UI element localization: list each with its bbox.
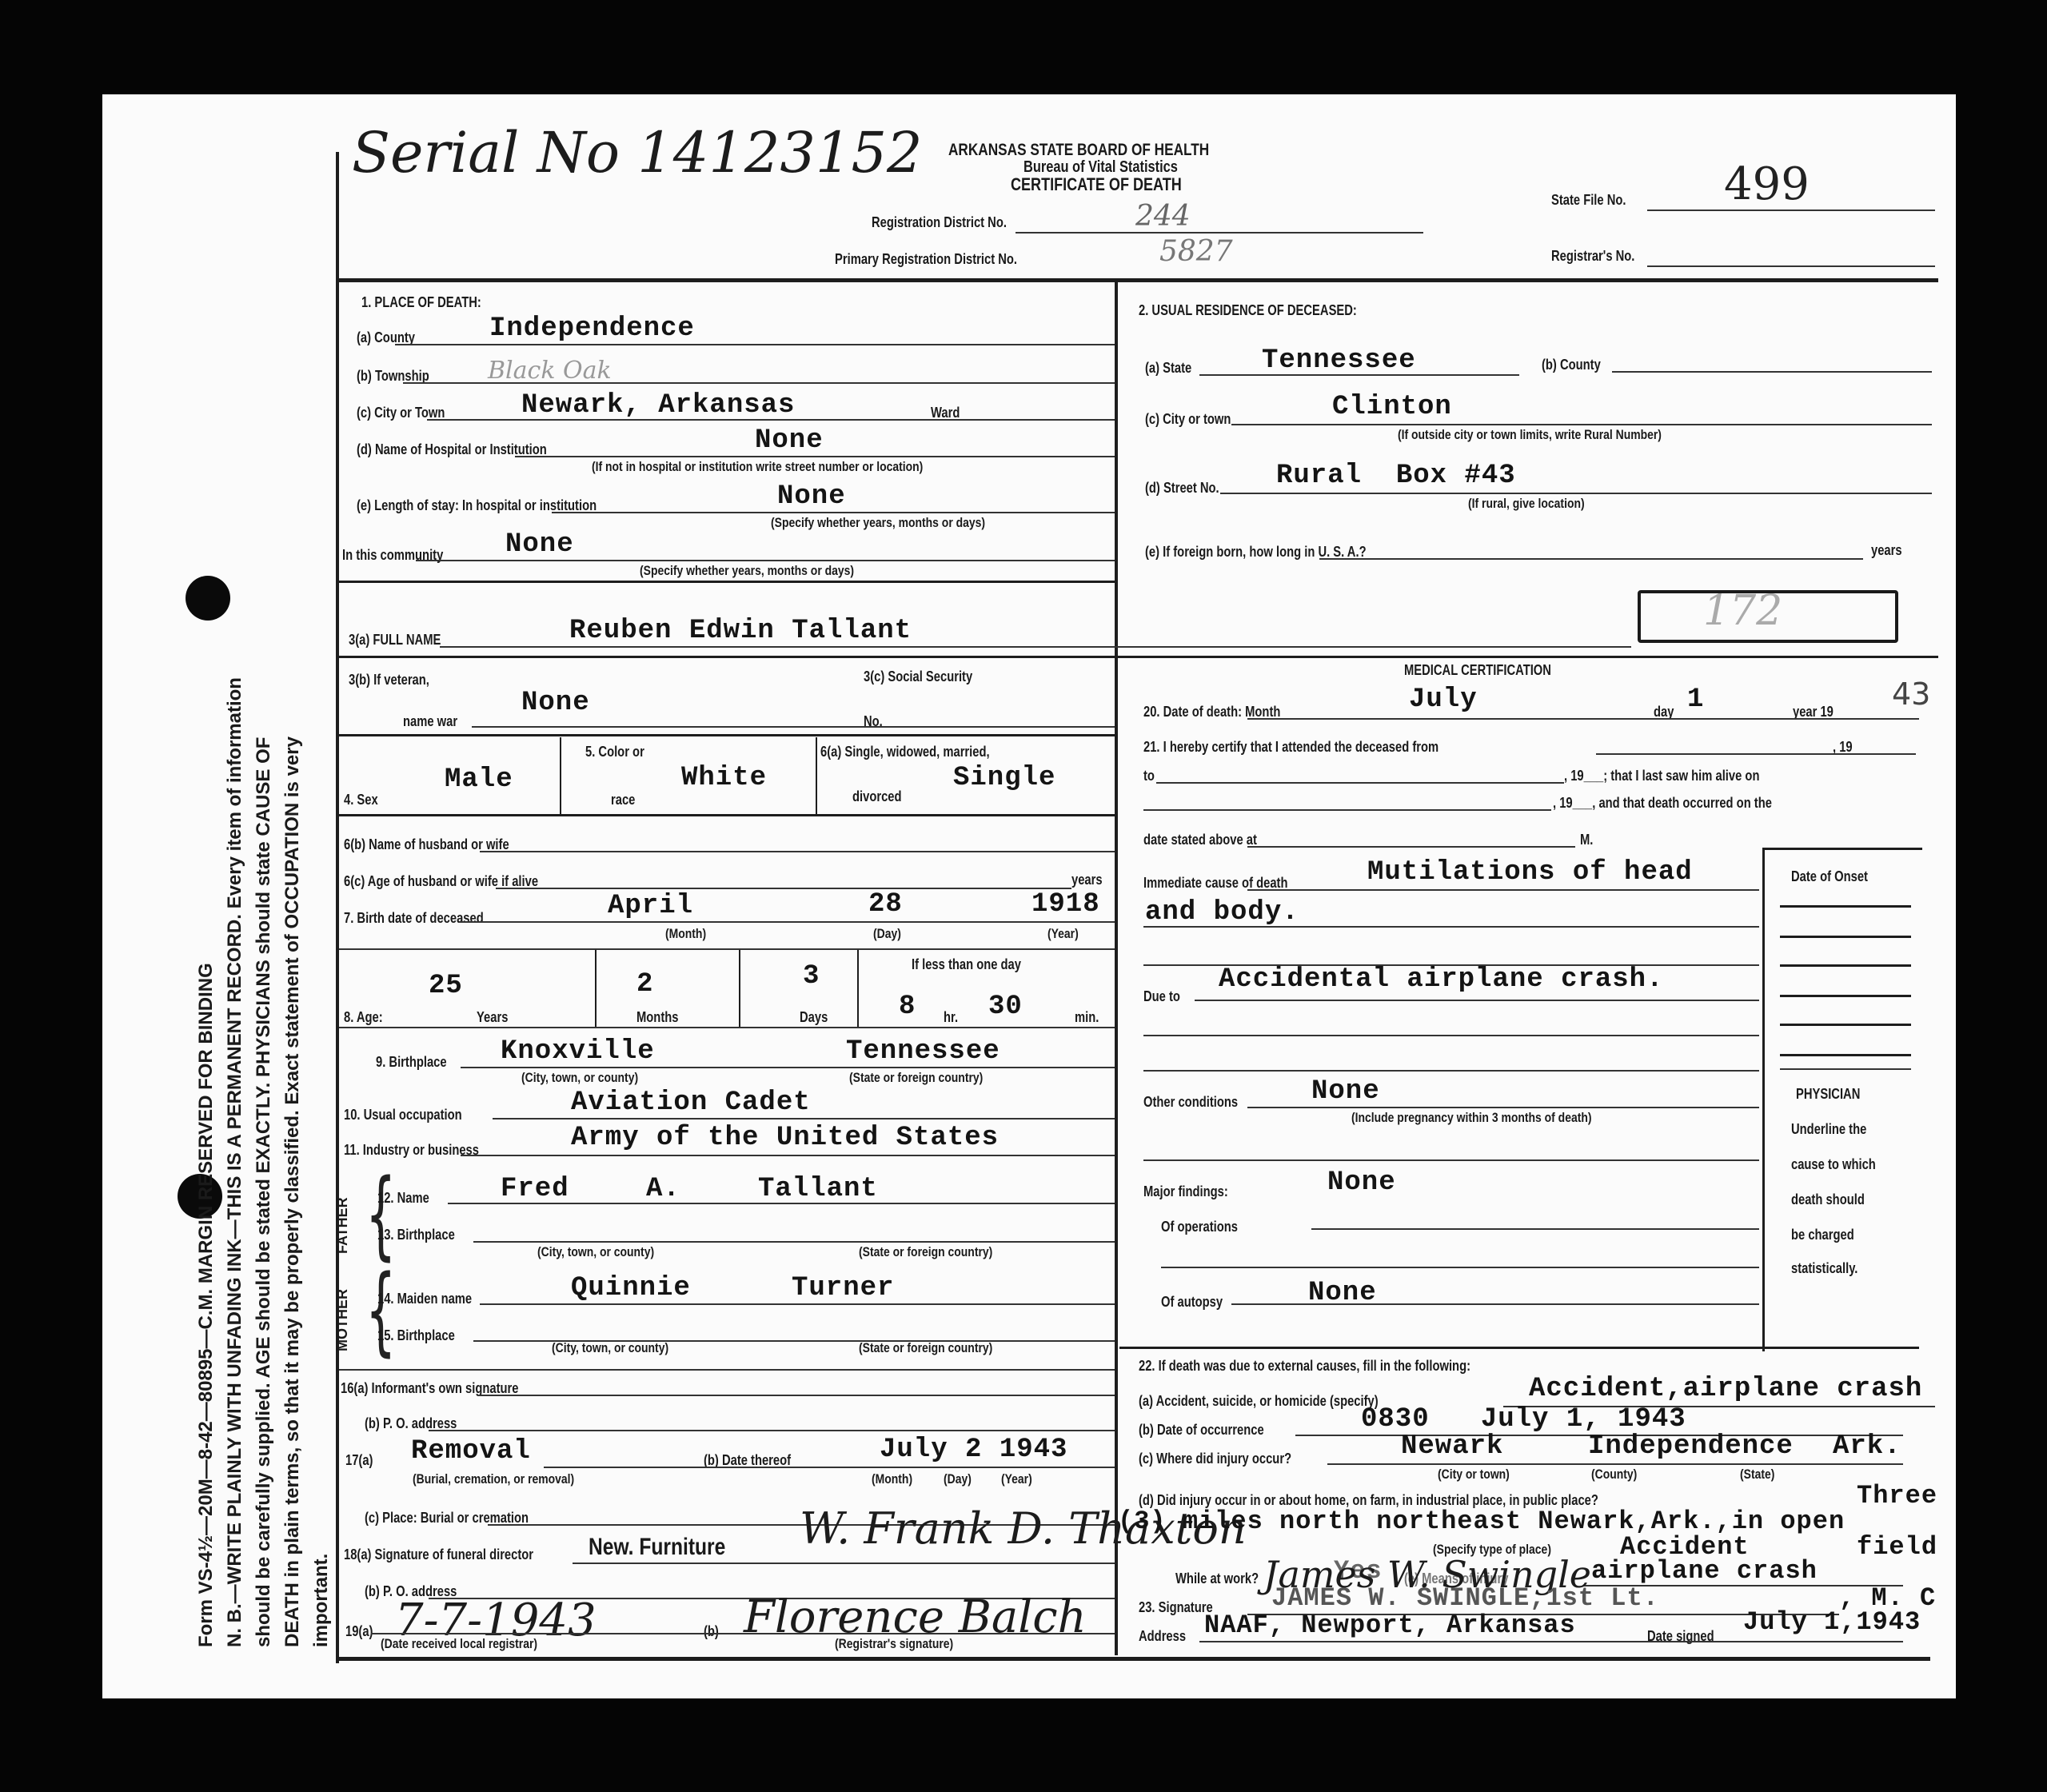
state-file-label: State File No.	[1551, 192, 1626, 209]
death-year: 43	[1892, 676, 1930, 712]
birth-day-note: (Day)	[873, 926, 901, 942]
medical-heading: MEDICAL CERTIFICATION	[1404, 662, 1551, 679]
other-conditions: None	[1311, 1076, 1380, 1107]
registrar-date-label: 19(a)	[345, 1623, 373, 1640]
registration-district-label: Registration District No.	[872, 214, 1007, 231]
father-city-note: (City, town, or county)	[537, 1244, 654, 1260]
due-to: Accidental airplane crash.	[1219, 964, 1664, 995]
primary-registration-value: 5827	[1159, 235, 1233, 268]
stay-community: None	[505, 529, 574, 560]
residence-county-label: (b) County	[1542, 357, 1601, 373]
major-findings: None	[1327, 1167, 1396, 1198]
physician-note-1: Underline the	[1791, 1121, 1866, 1138]
marital-label: 6(a) Single, widowed, married,	[820, 744, 990, 760]
residence-state: Tennessee	[1262, 345, 1416, 376]
certificate-title: CERTIFICATE OF DEATH	[1011, 174, 1182, 195]
certify-line-4: date stated above at	[1143, 832, 1257, 848]
birthplace-label: 9. Birthplace	[376, 1054, 447, 1071]
occupation-label: 10. Usual occupation	[344, 1107, 462, 1123]
funeral-firm: New. Furniture	[589, 1534, 725, 1561]
injury-place-3: field	[1857, 1532, 1937, 1562]
birth-year-note: (Year)	[1047, 926, 1079, 942]
place-of-death-heading: 1. PLACE OF DEATH:	[361, 294, 481, 311]
injury-city-note: (City or town)	[1438, 1467, 1510, 1483]
father-middle: A.	[646, 1174, 680, 1204]
major-findings-label: Major findings:	[1143, 1183, 1228, 1200]
marital-value: Single	[953, 763, 1055, 793]
residence-heading: 2. USUAL RESIDENCE OF DECEASED:	[1139, 302, 1357, 319]
registration-district-value: 244	[1135, 200, 1191, 233]
onset-column-divider	[1762, 848, 1765, 1351]
age-hours-label: hr.	[944, 1009, 958, 1026]
age-days: 3	[803, 961, 820, 992]
age-label: 8. Age:	[344, 1009, 383, 1026]
less-than-day-label: If less than one day	[912, 956, 1021, 973]
margin-line-3: should be carefully supplied. AGE should…	[253, 737, 275, 1647]
birthplace-city-note: (City, town, or county)	[521, 1070, 638, 1086]
means-of-injury: airplane crash	[1591, 1556, 1818, 1586]
section-rule-1	[339, 581, 1115, 583]
onset-label: Date of Onset	[1791, 868, 1868, 885]
residence-state-label: (a) State	[1145, 360, 1191, 377]
birth-day: 28	[868, 889, 903, 920]
mother-name-label: 14. Maiden name	[377, 1291, 472, 1307]
disposition-method-note: (Burial, cremation, or removal)	[413, 1471, 574, 1487]
veteran-label-war: name war	[403, 713, 457, 730]
veteran-value: None	[521, 688, 590, 718]
signature-typed: JAMES W. SWINGLE,1st Lt.	[1271, 1583, 1659, 1613]
state-file-value: 499	[1724, 158, 1810, 210]
father-birthplace-label: 13. Birthplace	[377, 1227, 455, 1243]
margin-line-4: DEATH in plain terms, so that it may be …	[281, 736, 304, 1647]
age-days-label: Days	[800, 1009, 828, 1026]
mother-birthplace-label: 15. Birthplace	[377, 1327, 455, 1344]
physician-address: NAAF, Newport, Arkansas	[1204, 1610, 1576, 1640]
sex-label: 4. Sex	[344, 792, 378, 808]
disposition-month-note: (Month)	[872, 1471, 912, 1487]
occurrence-date: 0830 July 1, 1943	[1361, 1404, 1686, 1435]
hospital-note: (If not in hospital or institution write…	[592, 459, 923, 475]
disposition-label: 17(a)	[345, 1452, 373, 1469]
age-minutes: 30	[988, 992, 1023, 1022]
other-conditions-note: (Include pregnancy within 3 months of de…	[1351, 1110, 1592, 1126]
registrar-no-label: Registrar's No.	[1551, 248, 1634, 265]
death-city: Newark, Arkansas	[521, 390, 795, 421]
immediate-cause-2: and body.	[1145, 897, 1299, 928]
father-state-note: (State or foreign country)	[859, 1244, 992, 1260]
residence-city-label: (c) City or town	[1145, 411, 1231, 428]
form-left-border	[336, 152, 339, 1663]
age-hours: 8	[899, 992, 916, 1022]
primary-registration-label: Primary Registration District No.	[835, 251, 1017, 268]
physician-heading: PHYSICIAN	[1796, 1086, 1860, 1103]
age-years: 25	[429, 971, 463, 1001]
birth-date-label: 7. Birth date of deceased	[344, 910, 484, 927]
registrar-signature-label: (b)	[704, 1623, 719, 1640]
injury-location-label: (c) Where did injury occur?	[1139, 1451, 1291, 1467]
father-last: Tallant	[758, 1174, 878, 1204]
mother-last: Turner	[792, 1273, 894, 1303]
race-value: White	[681, 763, 767, 793]
mother-first: Quinnie	[571, 1273, 691, 1303]
father-side-label: FATHER	[334, 1197, 351, 1254]
race-label: 5. Color or	[585, 744, 644, 760]
age-years-label: Years	[477, 1009, 508, 1026]
birth-month: April	[608, 891, 693, 921]
injury-place-1: Three	[1857, 1481, 1937, 1511]
margin-line-1: Form VS-4½—20M—8-42—80895—C.M. MARGIN RE…	[195, 963, 217, 1647]
mother-state-note: (State or foreign country)	[859, 1340, 992, 1356]
address-label: Address	[1139, 1628, 1186, 1645]
operations-label: Of operations	[1161, 1219, 1238, 1235]
age-months: 2	[636, 969, 653, 1000]
age-minutes-label: min.	[1075, 1009, 1099, 1026]
father-name-label: 12. Name	[377, 1190, 429, 1207]
disposition-date: July 2 1943	[880, 1435, 1067, 1465]
foreign-years-label: years	[1871, 542, 1902, 559]
father-first: Fred	[501, 1174, 569, 1204]
industry-label: 11. Industry or business	[344, 1142, 479, 1159]
full-name: Reuben Edwin Tallant	[569, 616, 912, 646]
injury-city: Newark	[1401, 1431, 1503, 1462]
occupation: Aviation Cadet	[571, 1088, 811, 1118]
certify-line-1: 21. I hereby certify that I attended the…	[1143, 739, 1438, 756]
statistical-code: 172	[1703, 587, 1782, 635]
physician-note-2: cause to which	[1791, 1156, 1876, 1173]
residence-city: Clinton	[1332, 392, 1452, 422]
disposition-day-note: (Day)	[944, 1471, 972, 1487]
stay-hospital: None	[777, 481, 846, 512]
death-day: 1	[1687, 684, 1704, 715]
autopsy-label: Of autopsy	[1161, 1294, 1223, 1311]
spouse-age-unit: years	[1071, 872, 1103, 888]
race-label-race: race	[611, 792, 635, 808]
stay-note: (Specify whether years, months or days)	[771, 515, 985, 531]
disposition-method: Removal	[411, 1436, 531, 1467]
death-county: Independence	[489, 313, 695, 344]
funeral-director-label: 18(a) Signature of funeral director	[344, 1547, 533, 1563]
disposition-year-note: (Year)	[1001, 1471, 1032, 1487]
community-note: (Specify whether years, months or days)	[640, 563, 854, 579]
injury-county: Independence	[1588, 1431, 1794, 1462]
certify-line-2: , 19___; that I last saw him alive on	[1564, 768, 1759, 784]
father-brace-icon: {	[365, 1167, 396, 1263]
footer-rule	[339, 1657, 1930, 1661]
death-month: July	[1409, 684, 1478, 715]
birthplace-city: Knoxville	[501, 1036, 655, 1067]
external-type-label: (a) Accident, suicide, or homicide (spec…	[1139, 1393, 1379, 1410]
section-rule-2	[339, 656, 1938, 658]
date-signed: July 1,1943	[1743, 1607, 1921, 1637]
birthplace-state: Tennessee	[846, 1036, 1000, 1067]
margin-line-2: N. B.—WRITE PLAINLY WITH UNFADING INK—TH…	[224, 677, 246, 1647]
injury-state: Ark.	[1833, 1431, 1901, 1462]
residence-street-note: (If rural, give location)	[1468, 496, 1585, 512]
injury-state-note: (State)	[1740, 1467, 1774, 1483]
occurrence-date-label: (b) Date of occurrence	[1139, 1422, 1264, 1439]
residence-street-label: (d) Street No.	[1145, 480, 1219, 497]
signature-label: 23. Signature	[1139, 1599, 1213, 1616]
external-heading: 22. If death was due to external causes,…	[1139, 1358, 1470, 1375]
serial-number-handwritten: Serial No 14123152	[352, 120, 923, 186]
hospital-name: None	[755, 425, 824, 456]
immediate-cause-1: Mutilations of head	[1367, 857, 1693, 888]
mother-side-label: MOTHER	[334, 1289, 351, 1351]
form-center-divider	[1115, 280, 1118, 1655]
registrar-signature-note: (Registrar's signature)	[835, 1636, 953, 1652]
death-township: Black Oak	[488, 357, 612, 385]
birth-year: 1918	[1031, 889, 1100, 920]
ssn-label: 3(c) Social Security	[864, 669, 972, 685]
certify-line-3: , 19___, and that death occurred on the	[1553, 795, 1772, 812]
external-type: Accident,airplane crash	[1529, 1374, 1922, 1404]
residence-city-note: (If outside city or town limits, write R…	[1398, 427, 1662, 443]
margin-line-5: important.	[310, 1554, 333, 1647]
veteran-label: 3(b) If veteran,	[349, 672, 429, 688]
mother-brace-icon: {	[365, 1263, 396, 1359]
certify-m: M.	[1580, 832, 1593, 848]
header-rule	[339, 278, 1938, 282]
while-at-work-label: While at work?	[1175, 1570, 1259, 1587]
residence-street: Rural Box #43	[1276, 461, 1516, 491]
injury-county-note: (County)	[1591, 1467, 1637, 1483]
physician-note-5: statistically.	[1791, 1260, 1857, 1277]
age-months-label: Months	[636, 1009, 678, 1026]
physician-note-4: be charged	[1791, 1227, 1854, 1243]
mother-city-note: (City, town, or county)	[552, 1340, 668, 1356]
industry: Army of the United States	[571, 1123, 999, 1153]
marital-label-divorced: divorced	[852, 788, 902, 805]
sex-value: Male	[445, 764, 513, 795]
certify-to: to	[1143, 768, 1155, 784]
full-name-label: 3(a) FULL NAME	[349, 632, 441, 649]
physician-note-3: death should	[1791, 1191, 1865, 1208]
board-title: ARKANSAS STATE BOARD OF HEALTH	[948, 141, 1209, 160]
other-conditions-label: Other conditions	[1143, 1094, 1238, 1111]
birthplace-state-note: (State or foreign country)	[849, 1070, 983, 1086]
birth-month-note: (Month)	[665, 926, 706, 942]
binding-hole-top	[186, 576, 230, 621]
date-received-note: (Date received local registrar)	[381, 1636, 537, 1652]
due-to-label: Due to	[1143, 988, 1180, 1005]
